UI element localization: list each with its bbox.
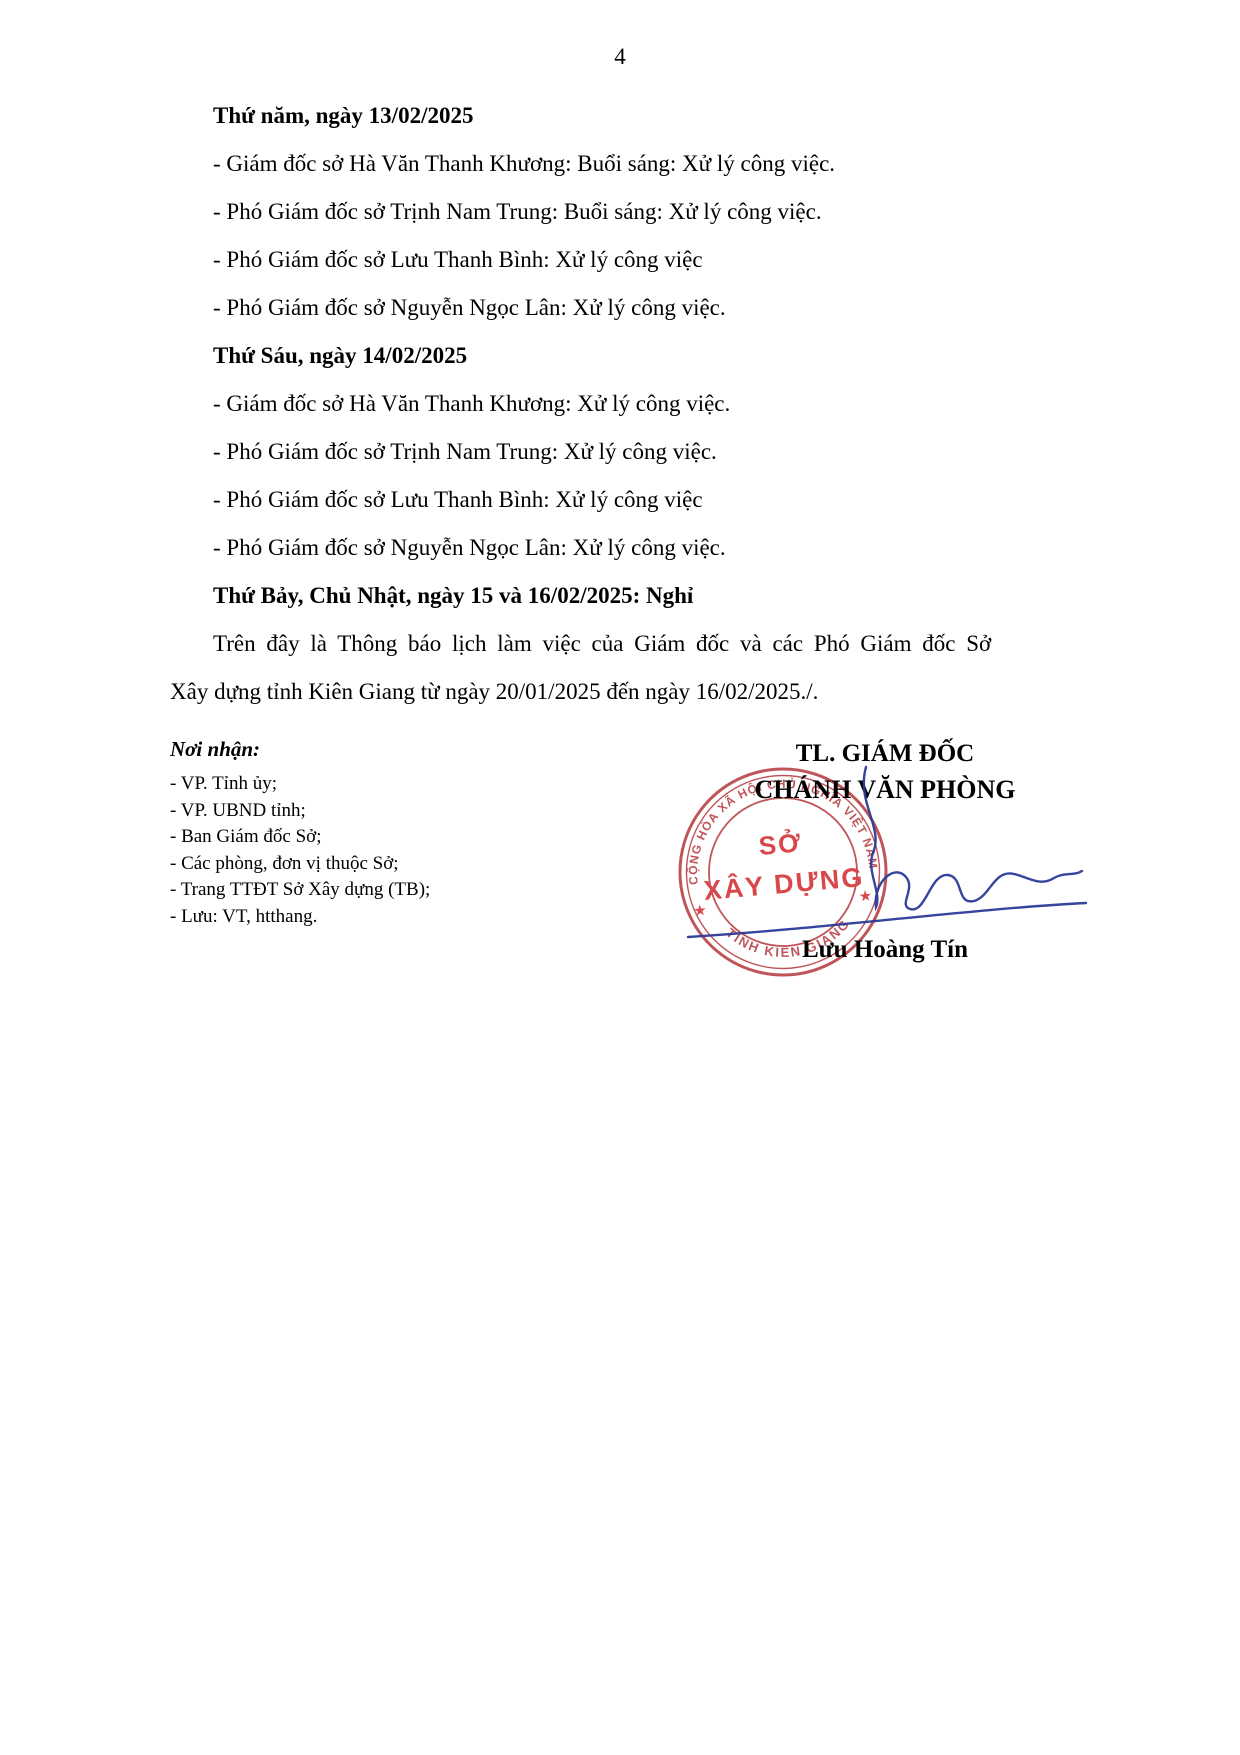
document-page: 4 Thứ năm, ngày 13/02/2025 - Giám đốc sở… xyxy=(0,0,1240,1755)
schedule-item: - Phó Giám đốc sở Nguyễn Ngọc Lân: Xử lý… xyxy=(170,284,1082,332)
recipients-label: Nơi nhận: xyxy=(170,737,530,762)
handwritten-signature xyxy=(630,745,1100,965)
schedule-heading: Thứ Bảy, Chủ Nhật, ngày 15 và 16/02/2025… xyxy=(170,572,1082,620)
recipient-item: - Lưu: VT, htthang. xyxy=(170,904,530,931)
closing-paragraph-line: Trên đây là Thông báo lịch làm việc của … xyxy=(170,620,1082,668)
schedule-item: - Giám đốc sở Hà Văn Thanh Khương: Xử lý… xyxy=(170,380,1082,428)
recipient-item: - VP. Tỉnh ủy; xyxy=(170,771,530,798)
recipient-item: - Ban Giám đốc Sở; xyxy=(170,824,530,851)
schedule-heading: Thứ Sáu, ngày 14/02/2025 xyxy=(170,332,1082,380)
schedule-item: - Phó Giám đốc sở Trịnh Nam Trung: Xử lý… xyxy=(170,428,1082,476)
schedule-item: - Phó Giám đốc sở Trịnh Nam Trung: Buổi … xyxy=(170,188,1082,236)
recipient-item: - Các phòng, đơn vị thuộc Sở; xyxy=(170,851,530,878)
schedule-item: - Phó Giám đốc sở Nguyễn Ngọc Lân: Xử lý… xyxy=(170,524,1082,572)
schedule-heading: Thứ năm, ngày 13/02/2025 xyxy=(170,92,1082,140)
closing-paragraph-line: Xây dựng tỉnh Kiên Giang từ ngày 20/01/2… xyxy=(170,668,1082,716)
recipient-item: - Trang TTĐT Sở Xây dựng (TB); xyxy=(170,877,530,904)
recipient-item: - VP. UBND tỉnh; xyxy=(170,798,530,825)
schedule-body: Thứ năm, ngày 13/02/2025 - Giám đốc sở H… xyxy=(170,92,1082,716)
schedule-item: - Phó Giám đốc sở Lưu Thanh Bình: Xử lý … xyxy=(170,476,1082,524)
page-number: 4 xyxy=(0,44,1240,70)
signature-stroke-main xyxy=(864,767,1082,909)
schedule-item: - Giám đốc sở Hà Văn Thanh Khương: Buổi … xyxy=(170,140,1082,188)
schedule-item: - Phó Giám đốc sở Lưu Thanh Bình: Xử lý … xyxy=(170,236,1082,284)
signature-stroke-underline xyxy=(688,903,1086,937)
recipients-block: Nơi nhận: - VP. Tỉnh ủy; - VP. UBND tỉnh… xyxy=(170,737,530,930)
